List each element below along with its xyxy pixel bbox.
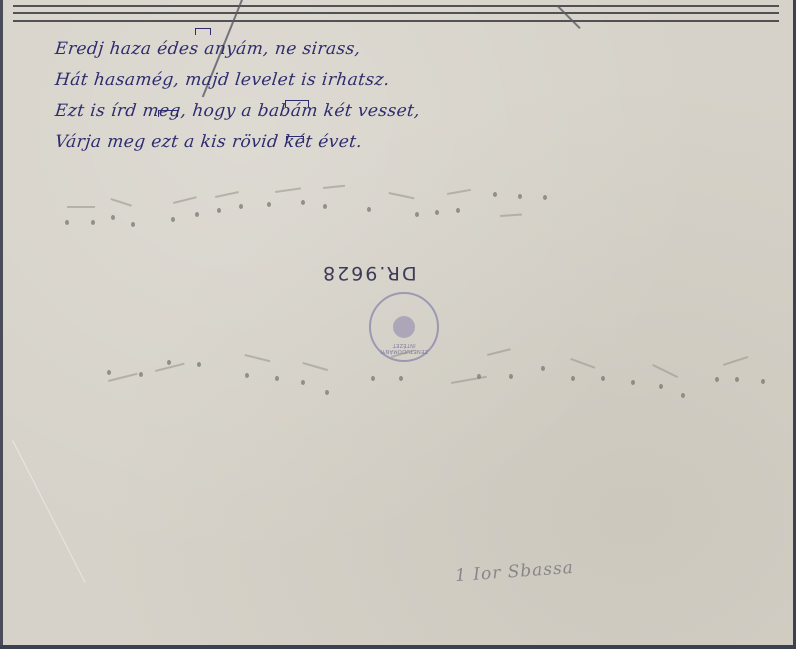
rhythm-bracket-mark xyxy=(158,110,178,117)
rhythm-bracket-mark xyxy=(286,136,304,143)
stamp-text: ZENETUDOMÁNYI INTÉZET xyxy=(371,342,437,354)
paper-crease xyxy=(12,440,86,583)
pencil-curve-stroke xyxy=(557,5,581,29)
lyric-line-2: Hát hasamég, majd levelet is irhatsz. xyxy=(53,65,421,96)
pencil-annotation: 1 Ior Sbassa xyxy=(454,558,574,586)
staff-line xyxy=(13,5,779,7)
lyric-line-4: Várja meg ezt a kis rövid két évet. xyxy=(53,127,421,158)
rhythm-bracket-mark xyxy=(285,100,309,107)
lyrics-block: Eredj haza édes anyám, ne sirass, Hát ha… xyxy=(55,34,420,158)
staff-line xyxy=(13,20,779,22)
coat-of-arms-icon xyxy=(393,316,415,338)
manuscript-page: Eredj haza édes anyám, ne sirass, Hát ha… xyxy=(0,0,793,645)
staff-line xyxy=(13,12,779,14)
lyric-line-3: Ezt is írd meg, hogy a babám két vesset, xyxy=(53,96,421,127)
rhythm-bracket-mark xyxy=(195,28,211,35)
archive-call-number: DR.9628 xyxy=(321,262,417,284)
bleed-through-notation-row-1 xyxy=(3,180,793,240)
lyric-line-1: Eredj haza édes anyám, ne sirass, xyxy=(53,34,421,65)
institute-stamp: ZENETUDOMÁNYI INTÉZET xyxy=(369,292,439,362)
